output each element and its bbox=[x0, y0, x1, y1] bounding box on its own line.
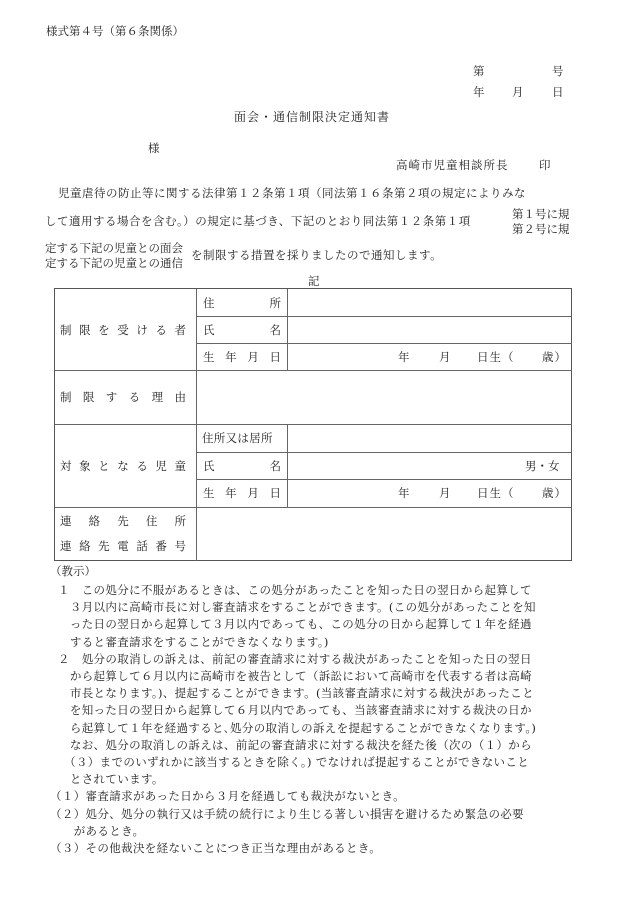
label-char: 話 bbox=[136, 538, 148, 554]
restricted-address-field[interactable] bbox=[289, 290, 571, 315]
restricted-name-label: 氏名 bbox=[203, 322, 281, 338]
label-char: 号 bbox=[174, 538, 186, 554]
instruction-line: ３月以内に高崎市長に対し審査請求をすることができます。(この処分があったことを知 bbox=[58, 599, 536, 616]
date-day: 日 bbox=[552, 84, 564, 100]
label-char: 連 bbox=[60, 538, 72, 554]
restricted-person-label: 制限を受ける者 bbox=[60, 322, 186, 338]
label-char: 生 bbox=[203, 349, 215, 365]
instruction-line: （１）審査請求があった日から３月を経過しても裁決がないとき。 bbox=[50, 788, 536, 805]
label-char: 月 bbox=[247, 349, 259, 365]
child-label: 対象となる児童 bbox=[60, 458, 186, 474]
label-char: 限 bbox=[79, 322, 91, 338]
instruction-line: （３）その他裁決を経ないことにつき正当な理由があるとき。 bbox=[50, 840, 536, 857]
label-char: 者 bbox=[174, 322, 186, 338]
reason-label: 制限する理由 bbox=[60, 389, 186, 405]
label-char: 先 bbox=[117, 513, 129, 529]
option-item-1: 第１号に規 bbox=[512, 206, 570, 222]
label-char: 住 bbox=[146, 513, 158, 529]
label-char: 絡 bbox=[89, 513, 101, 529]
contact-field[interactable] bbox=[198, 508, 571, 560]
instruction-line: があるとき。 bbox=[50, 823, 536, 840]
instructions-body: １ この処分に不服があるときは、この処分があったことを知った日の翌日から起算して… bbox=[58, 582, 536, 857]
instruction-line: すると審査請求をすることができなくなります。) bbox=[58, 634, 536, 651]
instruction-line: （２）処分、処分の執行又は手続の続行により生じる著しい損害を避けるため緊急の必要 bbox=[50, 806, 536, 823]
label-char: 制 bbox=[60, 322, 72, 338]
dob-day-unit: 日生（ bbox=[477, 349, 515, 365]
dob-day-unit: 日生（ bbox=[477, 485, 515, 501]
instruction-line: とされています。 bbox=[58, 771, 536, 788]
child-dob-label: 生年月日 bbox=[203, 485, 281, 501]
label-char: 児 bbox=[155, 458, 167, 474]
dob-year-unit: 年 bbox=[398, 349, 410, 365]
label-char: 月 bbox=[247, 485, 259, 501]
recipient-suffix: 様 bbox=[148, 140, 160, 156]
label-char: 所 bbox=[270, 295, 282, 311]
label-char: 受 bbox=[117, 322, 129, 338]
dob-month-unit: 月 bbox=[439, 485, 451, 501]
label-char: 制 bbox=[60, 389, 72, 405]
label-char: 番 bbox=[155, 538, 167, 554]
restricted-dob-field[interactable]: 年 月 日生（ 歳） bbox=[289, 344, 571, 369]
details-table: 制限を受ける者 住所 氏名 生年月日 年 月 日生（ 歳） 制限する理由 対象と… bbox=[54, 288, 572, 561]
label-char: 理 bbox=[152, 389, 164, 405]
dob-age-unit: 歳） bbox=[542, 349, 567, 365]
restricted-name-field[interactable] bbox=[289, 317, 571, 342]
child-name-label: 氏名 bbox=[203, 458, 281, 474]
body-line-2: して適用する場合を含む。）の規定に基づき、下記のとおり同法第１２条第１項 bbox=[45, 213, 471, 229]
label-char: 対 bbox=[60, 458, 72, 474]
child-name-field[interactable]: 男・女 bbox=[289, 453, 571, 478]
label-char: 象 bbox=[79, 458, 91, 474]
option-meeting: 定する下記の児童との面会 bbox=[45, 240, 183, 256]
label-char: 由 bbox=[174, 389, 186, 405]
instruction-line: 市長となります。)、提起することができます。(当該審査請求に対する裁決があったこ… bbox=[58, 685, 536, 702]
label-char: 氏 bbox=[203, 458, 215, 474]
instruction-line: １ この処分に不服があるときは、この処分があったことを知った日の翌日から起算して bbox=[58, 582, 536, 599]
label-char: 生 bbox=[203, 485, 215, 501]
label-char: と bbox=[98, 458, 110, 474]
label-char: 住 bbox=[203, 295, 215, 311]
option-item-2: 第２号に規 bbox=[512, 221, 570, 237]
label-char: 日 bbox=[269, 485, 281, 501]
instruction-line: から起算して６月以内に高崎市を被告として（訴訟において高崎市を代表する者は高崎 bbox=[58, 668, 536, 685]
child-address-label: 住所又は居所 bbox=[202, 430, 273, 446]
instruction-line: なお、処分の取消しの訴えは、前記の審査請求に対する裁決を経た後（次の（１）から bbox=[58, 737, 536, 754]
child-address-field[interactable] bbox=[289, 425, 571, 451]
instruction-line: った日の翌日から起算して３月以内であっても、この処分の日から起算して１年を経過 bbox=[58, 616, 536, 633]
body-line-3: を制限する措置を採りましたので通知します。 bbox=[191, 247, 442, 263]
dob-year-unit: 年 bbox=[398, 485, 410, 501]
reason-field[interactable] bbox=[198, 371, 571, 423]
option-communication: 定する下記の児童との通信 bbox=[45, 255, 183, 271]
ki-label: 記 bbox=[308, 273, 320, 289]
seal-mark: 印 bbox=[539, 157, 551, 173]
instruction-line: ２ 処分の取消しの訴えは、前記の審査請求に対する裁決があったことを知った日の翌日 bbox=[58, 651, 536, 668]
instruction-line: （３）までのいずれかに該当するときを除く。) でなければ提起することができないこ… bbox=[58, 754, 536, 771]
label-char: 先 bbox=[98, 538, 110, 554]
dob-month-unit: 月 bbox=[439, 349, 451, 365]
child-dob-field[interactable]: 年 月 日生（ 歳） bbox=[289, 480, 571, 506]
label-char: す bbox=[106, 389, 118, 405]
label-char: 年 bbox=[225, 349, 237, 365]
label-char: 日 bbox=[269, 349, 281, 365]
label-char: 年 bbox=[225, 485, 237, 501]
dob-age-unit: 歳） bbox=[542, 485, 567, 501]
label-char: る bbox=[136, 458, 148, 474]
label-char: 絡 bbox=[79, 538, 91, 554]
contact-address-label: 連絡先住所 bbox=[60, 513, 186, 529]
gender-options[interactable]: 男・女 bbox=[525, 458, 560, 474]
doc-number-suffix: 号 bbox=[552, 63, 564, 79]
instruction-line: を知った日の翌日から起算して６月以内であっても、当該審査請求に対する裁決の日か bbox=[58, 702, 536, 719]
label-char: 所 bbox=[175, 513, 187, 529]
restricted-dob-label: 生年月日 bbox=[203, 349, 281, 365]
issuer: 高崎市児童相談所長 bbox=[396, 157, 509, 173]
contact-phone-label: 連絡先電話番号 bbox=[60, 538, 186, 554]
label-char: を bbox=[98, 322, 110, 338]
label-char: 連 bbox=[60, 513, 72, 529]
label-char: る bbox=[155, 322, 167, 338]
label-char: け bbox=[136, 322, 148, 338]
label-char: 電 bbox=[117, 538, 129, 554]
label-char: 名 bbox=[270, 322, 282, 338]
label-char: 名 bbox=[270, 458, 282, 474]
doc-number-prefix: 第 bbox=[473, 63, 485, 79]
label-char: 限 bbox=[83, 389, 95, 405]
date-year: 年 bbox=[473, 84, 485, 100]
restricted-address-label: 住所 bbox=[203, 295, 281, 311]
form-number: 様式第４号（第６条関係） bbox=[46, 23, 184, 39]
label-char: な bbox=[117, 458, 129, 474]
instruction-line: ら起算して１年を経過すると､処分の取消しの訴えを提起することができなくなります。… bbox=[58, 720, 536, 737]
date-month: 月 bbox=[512, 84, 524, 100]
label-char: 童 bbox=[174, 458, 186, 474]
instructions-heading: （教示） bbox=[50, 563, 96, 579]
label-char: 氏 bbox=[203, 322, 215, 338]
document-title: 面会・通信制限決定通知書 bbox=[234, 108, 390, 125]
body-line-1: 児童虐待の防止等に関する法律第１２条第１項（同法第１６条第２項の規定によりみな bbox=[58, 185, 526, 201]
label-char: る bbox=[129, 389, 141, 405]
